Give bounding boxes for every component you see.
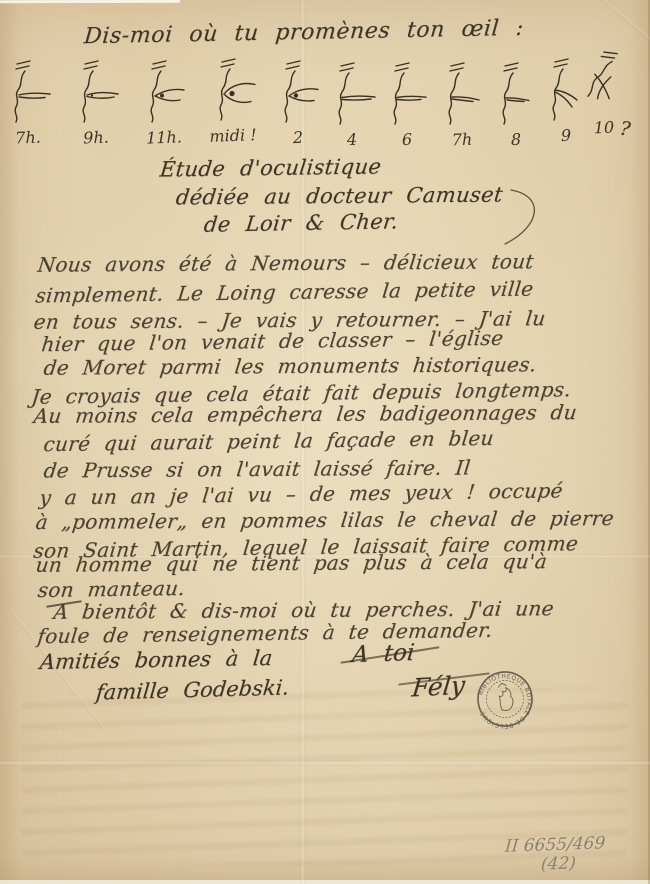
- eye-sketch: 2: [274, 58, 322, 147]
- dedication-line-3: de Loir & Cher.: [203, 209, 400, 236]
- closing-greetings-line-1: Amitiés bonnes à la: [39, 646, 274, 674]
- eye-sketch: 11h.: [140, 58, 188, 147]
- eye-icon: [438, 60, 486, 126]
- catalog-number: (42): [540, 853, 576, 874]
- body-line-4: hier que l'on venait de classer – l'égli…: [40, 326, 504, 356]
- scan-edge-bottom: [0, 880, 650, 884]
- closing-greetings-line-2: famille Godebski.: [95, 675, 290, 704]
- eye-icon: [72, 58, 120, 124]
- body-line-9: de Prusse si on l'avait laissé faire. Il: [42, 456, 471, 483]
- eye-icon: [580, 48, 628, 114]
- eye-time-label: 6: [383, 129, 432, 150]
- body-line-5: de Moret parmi les monuments historiques…: [42, 352, 537, 379]
- eye-sketch: 7h: [438, 60, 486, 149]
- eye-icon: [274, 58, 322, 124]
- body-line-7: Au moins cela empêchera les badigeonnage…: [32, 400, 578, 428]
- dedication-line-1: Étude d'oculistique: [159, 154, 383, 181]
- eye-icon: [328, 60, 376, 126]
- eye-time-label: 9h.: [72, 127, 121, 148]
- eye-sketch: midi !: [209, 56, 257, 145]
- library-stamp: BIBLIOTHÈQUE ROYALE DE BELGIQUE: [468, 662, 542, 736]
- eye-sketch: 9h.: [72, 58, 120, 147]
- eye-icon: [4, 58, 52, 124]
- pen-flourish: [497, 186, 555, 250]
- eye-sketch: 6: [383, 60, 431, 149]
- body-line-10: y a un an je l'ai vu – de mes yeux ! occ…: [38, 478, 564, 509]
- body-line-16: foule de renseignements à te demander.: [36, 618, 494, 648]
- eye-time-label: 7h: [438, 129, 487, 150]
- eye-time-label: 8: [492, 129, 541, 150]
- eye-time-label: 2: [274, 127, 323, 148]
- eye-time-label: 11h.: [140, 127, 189, 148]
- eye-sketch: 7h.: [4, 58, 52, 147]
- letter-page: Dis-moi où tu promènes ton œil : 7h.9h.1…: [0, 0, 650, 884]
- eye-icon: [140, 58, 188, 124]
- body-line-2: simplement. Le Loing caresse la petite v…: [34, 277, 534, 308]
- dedication-line-2: dédiée au docteur Camuset: [175, 183, 505, 210]
- body-line-11: à „pommeler„ en pommes lilas le cheval d…: [34, 506, 615, 534]
- body-line-13: un homme qui ne tient pas plus à cela qu…: [34, 549, 548, 577]
- eye-sketch: 4: [328, 60, 376, 149]
- eye-icon: [209, 56, 257, 122]
- eye-chart: 7h.9h.11h.midi !2467h8910: [0, 0, 650, 160]
- stamp-text: BIBLIOTHÈQUE ROYALE DE BELGIQUE: [472, 668, 538, 735]
- body-line-1: Nous avons été à Nemours – délicieux tou…: [36, 249, 535, 276]
- eye-time-label: 7h.: [4, 127, 53, 148]
- eye-icon: [383, 60, 431, 126]
- body-line-8: curé qui aurait peint la façade en bleu: [42, 426, 495, 456]
- lion-emblem-icon: [496, 682, 515, 712]
- eye-icon: [492, 60, 540, 126]
- eye-time-label: 4: [328, 129, 377, 150]
- eye-time-label: midi !: [209, 125, 258, 146]
- eye-sketch: 8: [492, 60, 540, 149]
